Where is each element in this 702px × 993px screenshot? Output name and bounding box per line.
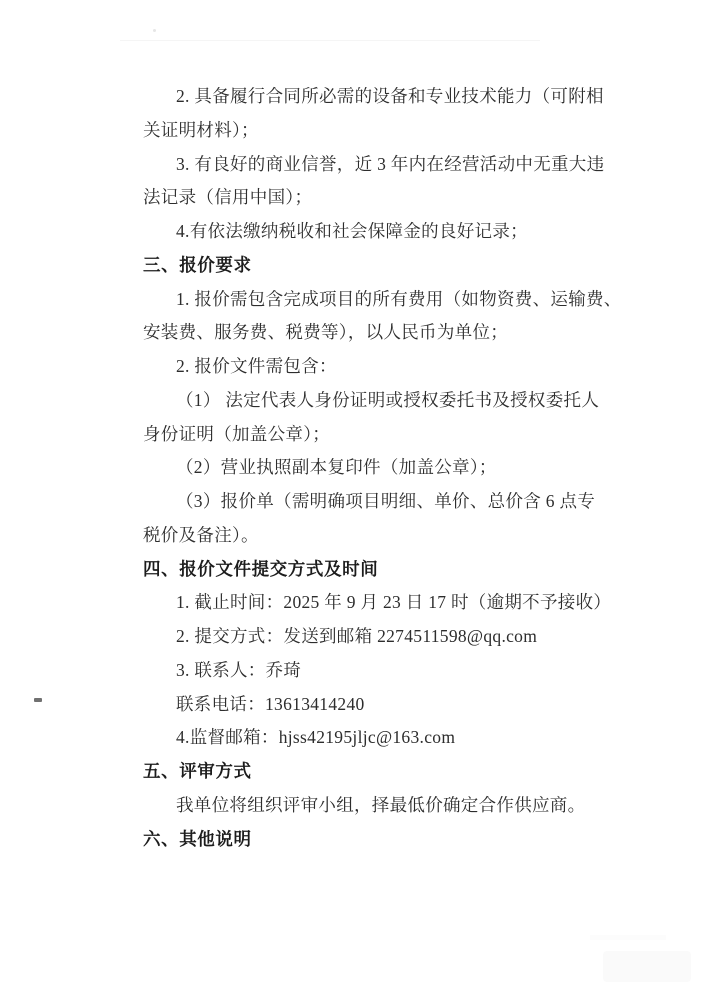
text-line: （3）报价单（需明确项目明细、单价、总价含 6 点专: [143, 485, 623, 519]
text-line: 税价及备注）。: [143, 519, 623, 553]
scan-noise-line: [120, 40, 540, 41]
text-line: 4.有依法缴纳税收和社会保障金的良好记录；: [143, 215, 623, 249]
section-heading: 四、报价文件提交方式及时间: [143, 553, 623, 587]
text-line: 联系电话：13613414240: [143, 688, 623, 722]
scan-faint-band: [590, 935, 666, 940]
text-line: 1. 截止时间：2025 年 9 月 23 日 17 时（逾期不予接收）: [143, 586, 623, 620]
text-line: 2. 提交方式：发送到邮箱 2274511598@qq.com: [143, 620, 623, 654]
text-line: 我单位将组织评审小组，择最低价确定合作供应商。: [143, 789, 623, 823]
text-line: 3. 联系人：乔琦: [143, 654, 623, 688]
text-line: 2. 具备履行合同所必需的设备和专业技术能力（可附相: [143, 80, 623, 114]
text-line: （2）营业执照副本复印件（加盖公章）；: [143, 451, 623, 485]
scanned-document-page: 2. 具备履行合同所必需的设备和专业技术能力（可附相关证明材料）；3. 有良好的…: [0, 0, 702, 993]
scan-artifact-dash: [34, 698, 42, 702]
text-line: 关证明材料）；: [143, 114, 623, 148]
text-line: 2. 报价文件需包含：: [143, 350, 623, 384]
document-body: 2. 具备履行合同所必需的设备和专业技术能力（可附相关证明材料）；3. 有良好的…: [143, 80, 623, 856]
scan-speck: [153, 29, 156, 32]
text-line: （1） 法定代表人身份证明或授权委托书及授权委托人: [143, 384, 623, 418]
text-line: 4.监督邮箱：hjss42195jljc@163.com: [143, 721, 623, 755]
text-line: 安装费、服务费、税费等），以人民币为单位；: [143, 316, 623, 350]
text-line: 身份证明（加盖公章）；: [143, 418, 623, 452]
section-heading: 五、评审方式: [143, 755, 623, 789]
text-line: 1. 报价需包含完成项目的所有费用（如物资费、运输费、: [143, 283, 623, 317]
section-heading: 三、报价要求: [143, 249, 623, 283]
text-line: 3. 有良好的商业信誉，近 3 年内在经营活动中无重大违: [143, 148, 623, 182]
section-heading: 六、其他说明: [143, 823, 623, 857]
faint-overlay-panel: [603, 951, 691, 982]
text-line: 法记录（信用中国）；: [143, 181, 623, 215]
